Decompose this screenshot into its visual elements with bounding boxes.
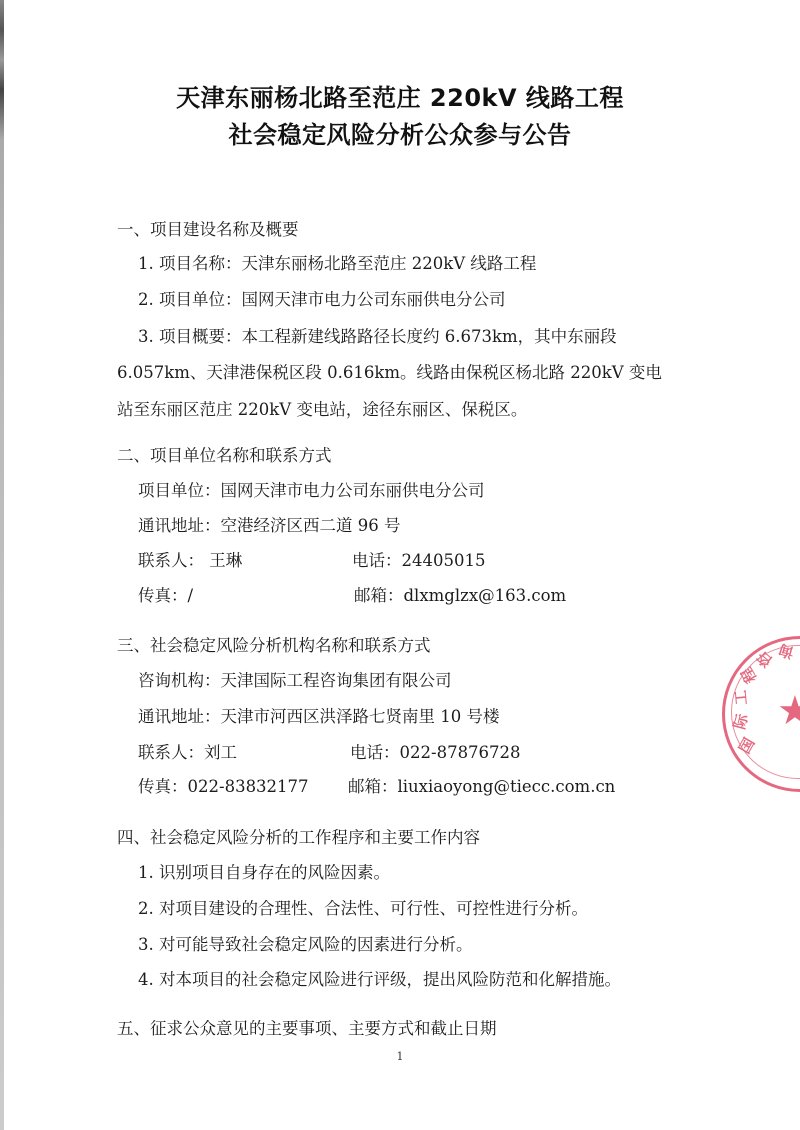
document-title-line1: 天津东丽杨北路至范庄 220kV 线路工程 <box>0 78 800 113</box>
section2-fax: 传真：/ <box>138 582 193 606</box>
section3-email: 邮箱：liuxiaoyong@tiecc.com.cn <box>348 773 615 797</box>
section3-heading: 三、社会稳定风险分析机构名称和联系方式 <box>117 632 431 656</box>
section2-heading: 二、项目单位名称和联系方式 <box>117 442 332 466</box>
section4-item4: 4. 对本项目的社会稳定风险进行评级，提出风险防范和化解措施。 <box>138 966 621 990</box>
official-seal: ★ 国 际 工 程 咨 询 集 <box>722 636 800 792</box>
section2-phone: 电话：24405015 <box>352 547 485 571</box>
section4-item2: 2. 对项目建设的合理性、合法性、可行性、可控性进行分析。 <box>138 895 588 919</box>
section4-heading: 四、社会稳定风险分析的工作程序和主要工作内容 <box>117 824 480 848</box>
section3-address: 通讯地址：天津市河西区洪泽路七贤南里 10 号楼 <box>138 703 500 727</box>
scan-edge <box>0 0 4 1130</box>
section4-item1: 1. 识别项目自身存在的风险因素。 <box>138 859 390 883</box>
page-number: 1 <box>0 1050 800 1063</box>
section4-item3: 3. 对可能导致社会稳定风险的因素进行分析。 <box>138 931 473 955</box>
section2-email: 邮箱：dlxmglzx@163.com <box>354 582 566 606</box>
section3-phone: 电话：022-87876728 <box>350 739 521 763</box>
section2-address: 通讯地址：空港经济区西二道 96 号 <box>138 512 401 536</box>
section3-fax: 传真：022-83832177 <box>138 773 309 797</box>
section2-unit: 项目单位：国网天津市电力公司东丽供电分公司 <box>138 477 485 501</box>
section1-item2: 2. 项目单位：国网天津市电力公司东丽供电分公司 <box>138 286 506 310</box>
seal-star-icon: ★ <box>777 691 800 731</box>
section1-item1: 1. 项目名称：天津东丽杨北路至范庄 220kV 线路工程 <box>138 250 536 274</box>
section5-heading: 五、征求公众意见的主要事项、主要方式和截止日期 <box>117 1015 497 1039</box>
document-title-line2: 社会稳定风险分析公众参与公告 <box>0 115 800 150</box>
section1-item3-line3: 站至东丽区范庄 220kV 变电站，途径东丽区、保税区。 <box>117 396 527 420</box>
section3-agency: 咨询机构：天津国际工程咨询集团有限公司 <box>138 667 452 691</box>
section2-contact: 联系人： 王琳 <box>138 547 242 571</box>
section1-heading: 一、项目建设名称及概要 <box>117 216 299 240</box>
section1-item3-line1: 3. 项目概要：本工程新建线路路径长度约 6.673km，其中东丽段 <box>138 323 617 347</box>
seal-text: 工 <box>729 689 751 706</box>
section1-item3-line2: 6.057km、天津港保税区段 0.616km。线路由保税区杨北路 220kV … <box>117 359 662 383</box>
section3-contact: 联系人：刘工 <box>138 739 237 763</box>
